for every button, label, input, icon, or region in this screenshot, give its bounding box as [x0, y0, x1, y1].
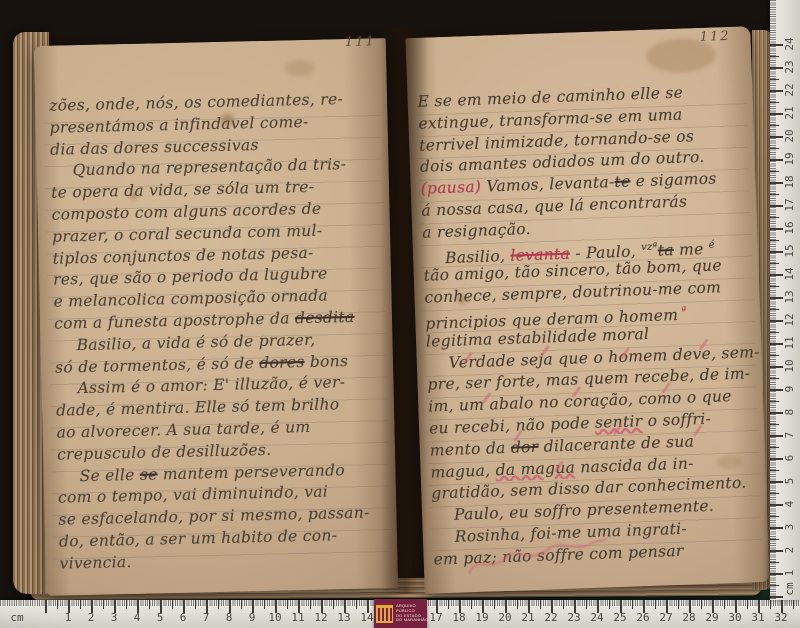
logo-line: DO MARANHÃO [396, 618, 428, 623]
ruler-tick [770, 171, 779, 172]
ruler-tick [448, 600, 449, 609]
ruler-number: 12 [783, 312, 797, 328]
ruler-tick [701, 600, 702, 609]
ruler-number: 27 [657, 611, 675, 624]
handwriting-segment: crepusculo de desilluzões. [57, 441, 272, 464]
ruler-tick [770, 102, 779, 103]
ruler-tick [356, 600, 357, 609]
ruler-tick [471, 600, 472, 609]
ruler-number: 13 [783, 289, 797, 305]
handwriting-segment: e melancolica composição ornada [53, 287, 328, 311]
ruler-tick [770, 67, 783, 69]
ruler-tick [770, 148, 779, 149]
ruler-tick [770, 527, 783, 529]
ruler-number: 9 [783, 381, 797, 397]
ruler-number: 7 [197, 611, 215, 624]
handwriting-segment: com a funesta apostrophe da [54, 309, 295, 332]
ruler-unit-label: cm [8, 611, 26, 624]
ruler-tick [310, 600, 311, 609]
ruler-number: 30 [726, 611, 744, 624]
ruler-number: 1 [59, 611, 77, 624]
ruler-number: 17 [427, 611, 445, 624]
ruler-number: 18 [783, 174, 797, 190]
handwriting-segment: ª [678, 306, 687, 317]
ruler-unit-label: cm [783, 581, 797, 597]
handwriting-segment: tiplos conjunctos de notas pesa- [52, 243, 313, 267]
ruler-number: 6 [174, 611, 192, 624]
ruler-number: 5 [783, 473, 797, 489]
handwriting-segment: e sigamos [630, 170, 717, 191]
ruler-tick [45, 600, 47, 613]
archive-logo: ARQUIVO PÚBLICO DO ESTADO DO MARANHÃO [374, 599, 427, 628]
right-page: 112 E se em meio de caminho elle seextin… [405, 26, 769, 594]
ruler-tick [586, 600, 587, 609]
ruler-tick [770, 56, 779, 57]
ruler-number: 7 [783, 427, 797, 443]
handwriting-segment: zões, onde, nós, os comediantes, re- [49, 90, 343, 115]
handwriting-segment: é [708, 239, 715, 250]
handwriting-segment: presentámos a infindavel come- [49, 113, 308, 137]
ruler-tick [770, 424, 779, 425]
ruler-tick [770, 240, 779, 241]
ruler-tick [770, 401, 779, 402]
handwriting-segment: mantem perseverando [157, 461, 345, 483]
handwriting-segment: bons [304, 352, 348, 371]
ruler-number: 10 [266, 611, 284, 624]
ruler-tick [241, 600, 242, 609]
ruler-tick [517, 600, 518, 609]
ruler-number: 32 [772, 611, 790, 624]
right-ruler: 123456789101112131415161718192021222324c… [770, 0, 800, 600]
ruler-tick [770, 412, 783, 414]
handwriting-segment: composto com alguns acordes de [51, 200, 321, 224]
handwriting-segment: (pausa) [420, 178, 481, 198]
ruler-tick [770, 274, 783, 276]
handwriting-segment: dilacerante de sua [538, 432, 694, 455]
ruler-tick [793, 600, 794, 609]
handwriting-segment: Basilio, a vida é só de prazer, [76, 331, 315, 354]
handwriting-segment: do, então, a ser um habito de con- [59, 526, 338, 550]
ruler-tick [770, 539, 779, 540]
ruler-tick [770, 309, 779, 310]
handwriting-segment: se [140, 465, 158, 483]
ruler-tick [724, 600, 725, 609]
ruler-number: 20 [496, 611, 514, 624]
ruler-tick [770, 90, 783, 92]
ruler-number: 19 [473, 611, 491, 624]
ruler-number: 23 [783, 59, 797, 75]
ruler-tick [770, 355, 779, 356]
ruler-tick [57, 600, 58, 609]
ruler-number: 15 [783, 243, 797, 259]
handwriting-segment: ao alvorecer. A sua tarde, é um [56, 418, 310, 442]
handwriting-segment: dia das dores successivas [50, 136, 259, 159]
ruler-tick [632, 600, 633, 609]
handwriting-segment: te opera da vida, se sóla um tre- [51, 178, 315, 202]
ruler-tick [770, 113, 783, 115]
archive-logo-text: ARQUIVO PÚBLICO DO ESTADO DO MARANHÃO [396, 604, 428, 622]
ruler-number: 4 [783, 496, 797, 512]
ruler-tick [770, 44, 783, 46]
handwriting-segment: dade, é mentira. Elle só tem brilho [56, 395, 340, 419]
ruler-tick [770, 562, 779, 563]
ruler-number: 9 [243, 611, 261, 624]
ruler-tick [218, 600, 219, 609]
ruler-tick [678, 600, 679, 609]
ruler-number: 8 [783, 404, 797, 420]
ruler-tick [770, 481, 783, 483]
ruler-tick [80, 600, 81, 609]
handwriting-segment: te [614, 173, 631, 192]
ruler-tick [770, 470, 779, 471]
archival-manuscript-scan: 111 zões, onde, nós, os comediantes, re-… [0, 0, 800, 628]
handwriting-segment: Quando na representação da tris- [72, 155, 346, 179]
ruler-tick [770, 458, 783, 460]
ruler-tick [770, 493, 779, 494]
page-number-right: 112 [699, 29, 730, 45]
ruler-tick [103, 600, 104, 609]
handwriting-segment: dores [259, 353, 305, 372]
ruler-tick [770, 389, 783, 391]
ruler-number: 16 [783, 220, 797, 236]
handwriting-segment: desdita [295, 308, 355, 327]
handwriting-segment: a resignação. [422, 220, 531, 242]
ruler-number: 2 [82, 611, 100, 624]
left-page: 111 zões, onde, nós, os comediantes, re-… [34, 38, 398, 596]
ruler-tick [770, 516, 779, 517]
handwriting-segment: res, que são o periodo da lugubre [53, 265, 328, 289]
ruler-number: 10 [783, 358, 797, 374]
handwriting-segment: vzª [641, 241, 658, 253]
ruler-tick [195, 600, 196, 609]
ruler-tick [770, 263, 779, 264]
ruler-number: 25 [611, 611, 629, 624]
handwriting-segment: mento da [429, 439, 511, 460]
ruler-tick [770, 251, 783, 253]
ruler-number: 24 [588, 611, 606, 624]
handwriting-segment: vivencia. [59, 553, 132, 573]
ruler-tick [770, 550, 783, 552]
ruler-number: 31 [749, 611, 767, 624]
ruler-tick [149, 600, 150, 609]
building-icon [376, 605, 393, 623]
page-number-left: 111 [345, 34, 376, 50]
ruler-number: 14 [783, 266, 797, 282]
ruler-tick [770, 596, 783, 598]
ruler-tick [770, 332, 779, 333]
handwriting-segment: eu recebi, não pode [429, 414, 596, 438]
ruler-tick [770, 205, 783, 207]
ruler-tick [770, 194, 779, 195]
ruler-tick [770, 366, 783, 368]
ruler-tick [770, 600, 771, 609]
ruler-number: 4 [128, 611, 146, 624]
ruler-tick [172, 600, 173, 609]
ruler-number: 26 [634, 611, 652, 624]
ruler-tick [264, 600, 265, 609]
right-page-text: E se em meio de caminho elle seextingue,… [417, 80, 767, 571]
handwriting-segment: só de tormentos, é só de [55, 354, 260, 377]
ruler-number: 3 [783, 519, 797, 535]
ruler-tick [563, 600, 564, 609]
ruler-number: 23 [565, 611, 583, 624]
ruler-tick [770, 125, 779, 126]
ruler-number: 11 [289, 611, 307, 624]
foxing-spot [284, 60, 314, 77]
handwriting-segment: Assim é o amor: E' illuzão, é ver- [77, 373, 345, 397]
ruler-number: 12 [312, 611, 330, 624]
ruler-tick [770, 182, 783, 184]
ruler-tick [770, 378, 779, 379]
ruler-number: 19 [783, 151, 797, 167]
ruler-tick [126, 600, 127, 609]
ruler-number: 13 [335, 611, 353, 624]
ruler-number: 22 [783, 82, 797, 98]
ruler-tick [770, 320, 783, 322]
left-page-text: zões, onde, nós, os comediantes, re-pres… [49, 88, 396, 575]
handwriting-segment: Se elle [79, 465, 140, 484]
ruler-number: 18 [450, 611, 468, 624]
ruler-number: 21 [519, 611, 537, 624]
ruler-number: 22 [542, 611, 560, 624]
ruler-tick [287, 600, 288, 609]
handwriting-segment: magua, [430, 461, 496, 481]
ruler-tick [770, 343, 783, 345]
ruler-tick [770, 159, 783, 161]
ruler-number: 17 [783, 197, 797, 213]
ruler-number: 6 [783, 450, 797, 466]
ruler-tick [770, 217, 779, 218]
ruler-tick [494, 600, 495, 609]
handwriting-segment: prazer, o coral secunda com mul- [52, 221, 323, 245]
ruler-tick [609, 600, 610, 609]
ruler-number: 24 [783, 36, 797, 52]
ruler-number: 8 [220, 611, 238, 624]
handwriting-segment: Vamos, levanta- [481, 173, 615, 196]
ruler-tick [770, 79, 779, 80]
ruler-tick [770, 136, 783, 138]
handwriting-segment: nascida da in- [575, 454, 694, 476]
ruler-tick [770, 286, 779, 287]
ruler-tick [770, 228, 783, 230]
ruler-number: 3 [105, 611, 123, 624]
ruler-tick [770, 435, 783, 437]
ruler-tick [540, 600, 541, 609]
book-gutter-shadow [380, 28, 428, 594]
ruler-tick [770, 504, 783, 506]
ruler-number: 1 [783, 565, 797, 581]
ruler-number: 2 [783, 542, 797, 558]
ruler-tick [770, 573, 783, 575]
ruler-number: 20 [783, 128, 797, 144]
ruler-tick [333, 600, 334, 609]
ruler-number: 29 [703, 611, 721, 624]
ruler-tick [770, 447, 779, 448]
ruler-tick [770, 297, 783, 299]
ruler-tick [747, 600, 748, 609]
ruler-number: 5 [151, 611, 169, 624]
ruler-number: 21 [783, 105, 797, 121]
ruler-number: 11 [783, 335, 797, 351]
handwriting-segment: com o tempo, vai diminuindo, vai [58, 483, 328, 507]
ruler-tick [770, 585, 779, 586]
ruler-tick [655, 600, 656, 609]
red-correction-marks [405, 26, 750, 38]
ruler-number: 28 [680, 611, 698, 624]
